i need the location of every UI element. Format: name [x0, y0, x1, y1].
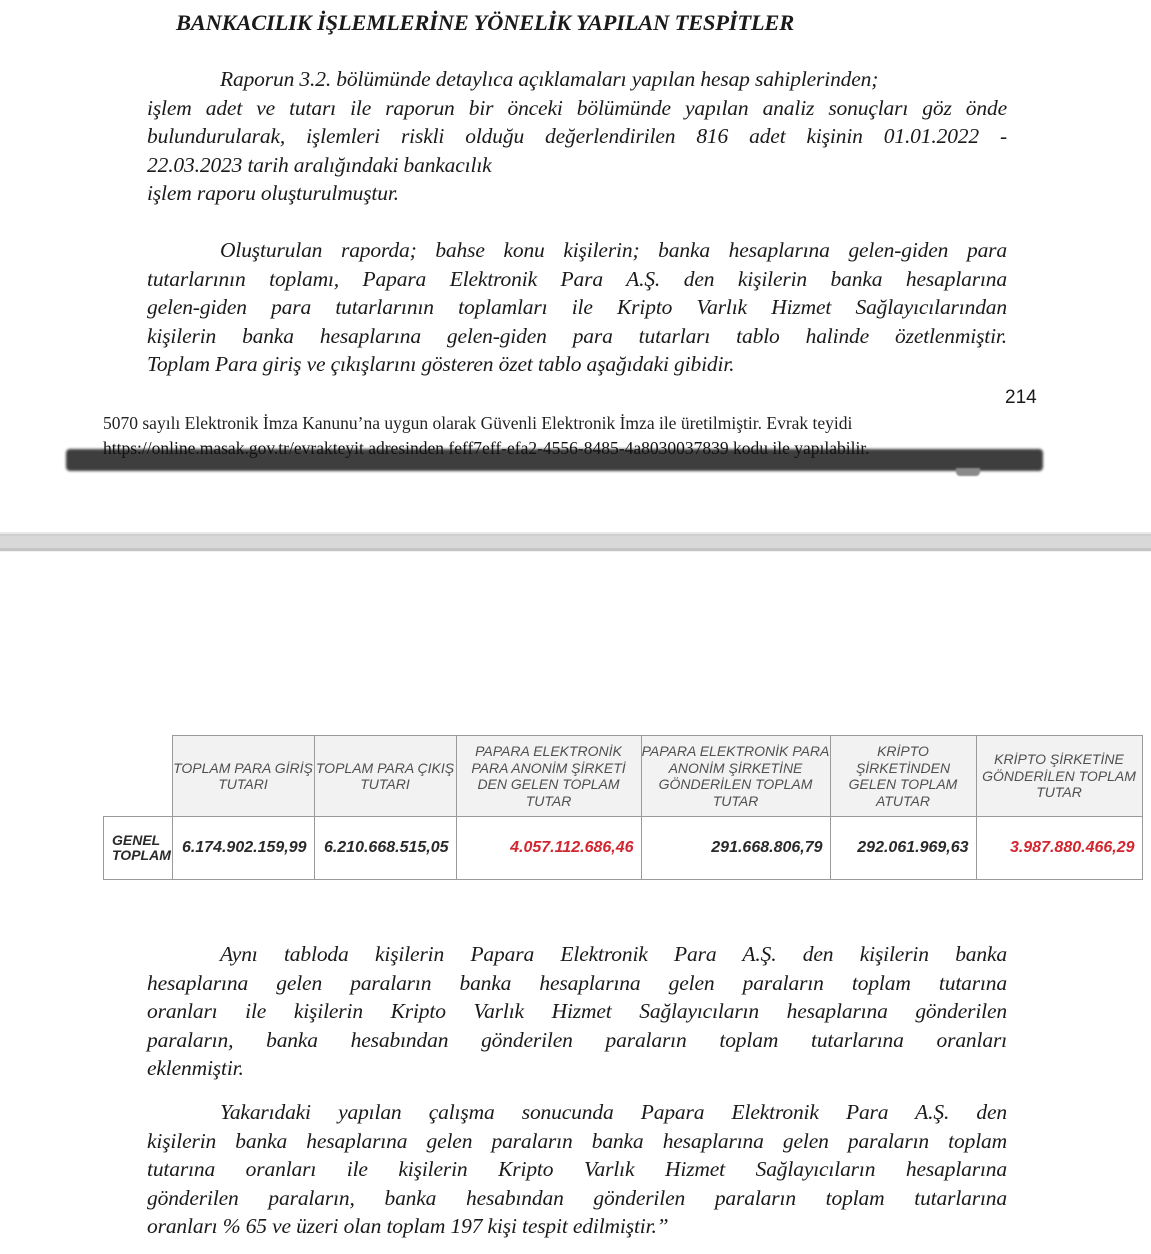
paragraph-findings: Yakarıdaki yapılan çalışma sonucunda Pap…: [147, 1098, 1007, 1241]
paragraph-line: bulundurularak, işlemleri riskli olduğu …: [147, 122, 1007, 151]
paragraph-line: oranları % 65 ve üzeri olan toplam 197 k…: [147, 1212, 1007, 1241]
paragraph-line: gönderilen paraların, banka hesabından g…: [147, 1184, 1007, 1213]
table-row: GENEL TOPLAM 6.174.902.159,99 6.210.668.…: [104, 817, 1143, 880]
table-header-row: TOPLAM PARA GİRİŞ TUTARI TOPLAM PARA ÇIK…: [104, 736, 1143, 817]
paragraph-report-scope: Raporun 3.2. bölümünde detaylıca açıklam…: [147, 65, 1007, 208]
page-number: 214: [1005, 387, 1037, 409]
paragraph-line: tutarına oranları ile kişilerin Kripto V…: [147, 1155, 1007, 1184]
cell-papara-incoming: 4.057.112.686,46: [456, 817, 641, 880]
paragraph-line: Toplam Para giriş ve çıkışlarını göstere…: [147, 350, 1007, 379]
verification-url-note: https://online.masak.gov.tr/evrakteyit a…: [103, 438, 870, 459]
row-label-grand-total: GENEL TOPLAM: [104, 817, 173, 880]
cell-total-outflow: 6.210.668.515,05: [314, 817, 456, 880]
header-cell-empty: [104, 736, 173, 817]
header-crypto-incoming: KRİPTO ŞİRKETİNDEN GELEN TOPLAM ATUTAR: [830, 736, 976, 817]
page-separator: [0, 532, 1151, 552]
cell-papara-outgoing: 291.668.806,79: [641, 817, 830, 880]
header-crypto-outgoing: KRİPTO ŞİRKETİNE GÖNDERİLEN TOPLAM TUTAR: [976, 736, 1142, 817]
paragraph-line: paraların, banka hesabından gönderilen p…: [147, 1026, 1007, 1055]
cell-crypto-outgoing: 3.987.880.466,29: [976, 817, 1142, 880]
section-title: BANKACILIK İŞLEMLERİNE YÖNELİK YAPILAN T…: [176, 10, 794, 36]
header-total-inflow: TOPLAM PARA GİRİŞ TUTARI: [172, 736, 314, 817]
redaction-bar-tab: [956, 468, 980, 476]
header-papara-incoming: PAPARA ELEKTRONİK PARA ANONİM ŞİRKETİ DE…: [456, 736, 641, 817]
paragraph-line: hesaplarına gelen paraların banka hesapl…: [147, 969, 1007, 998]
paragraph-line: oranları ile kişilerin Kripto Varlık Hiz…: [147, 997, 1007, 1026]
paragraph-line: gelen-giden para tutarlarının toplamları…: [147, 293, 1007, 322]
paragraph-line: Raporun 3.2. bölümünde detaylıca açıklam…: [147, 65, 1007, 94]
paragraph-line: işlem adet ve tutarı ile raporun bir önc…: [147, 94, 1007, 123]
paragraph-line: işlem raporu oluşturulmuştur.: [147, 179, 1007, 208]
paragraph-line: kişilerin banka hesaplarına gelen-giden …: [147, 322, 1007, 351]
summary-table: TOPLAM PARA GİRİŞ TUTARI TOPLAM PARA ÇIK…: [103, 735, 1143, 880]
cell-crypto-incoming: 292.061.969,63: [830, 817, 976, 880]
paragraph-line: Oluşturulan raporda; bahse konu kişileri…: [147, 236, 1007, 265]
paragraph-line: 22.03.2023 tarih aralığındaki bankacılık: [147, 151, 1007, 180]
paragraph-report-contents: Oluşturulan raporda; bahse konu kişileri…: [147, 236, 1007, 379]
paragraph-line: Aynı tabloda kişilerin Papara Elektronik…: [147, 940, 1007, 969]
paragraph-line: tutarlarının toplamı, Papara Elektronik …: [147, 265, 1007, 294]
header-total-outflow: TOPLAM PARA ÇIKIŞ TUTARI: [314, 736, 456, 817]
paragraph-ratio-description: Aynı tabloda kişilerin Papara Elektronik…: [147, 940, 1007, 1083]
paragraph-line: kişilerin banka hesaplarına gelen parala…: [147, 1127, 1007, 1156]
paragraph-line: Yakarıdaki yapılan çalışma sonucunda Pap…: [147, 1098, 1007, 1127]
paragraph-line: eklenmiştir.: [147, 1054, 1007, 1083]
cell-total-inflow: 6.174.902.159,99: [172, 817, 314, 880]
e-signature-note: 5070 sayılı Elektronik İmza Kanunu’na uy…: [103, 413, 993, 434]
header-papara-outgoing: PAPARA ELEKTRONİK PARA ANONİM ŞİRKETİNE …: [641, 736, 830, 817]
